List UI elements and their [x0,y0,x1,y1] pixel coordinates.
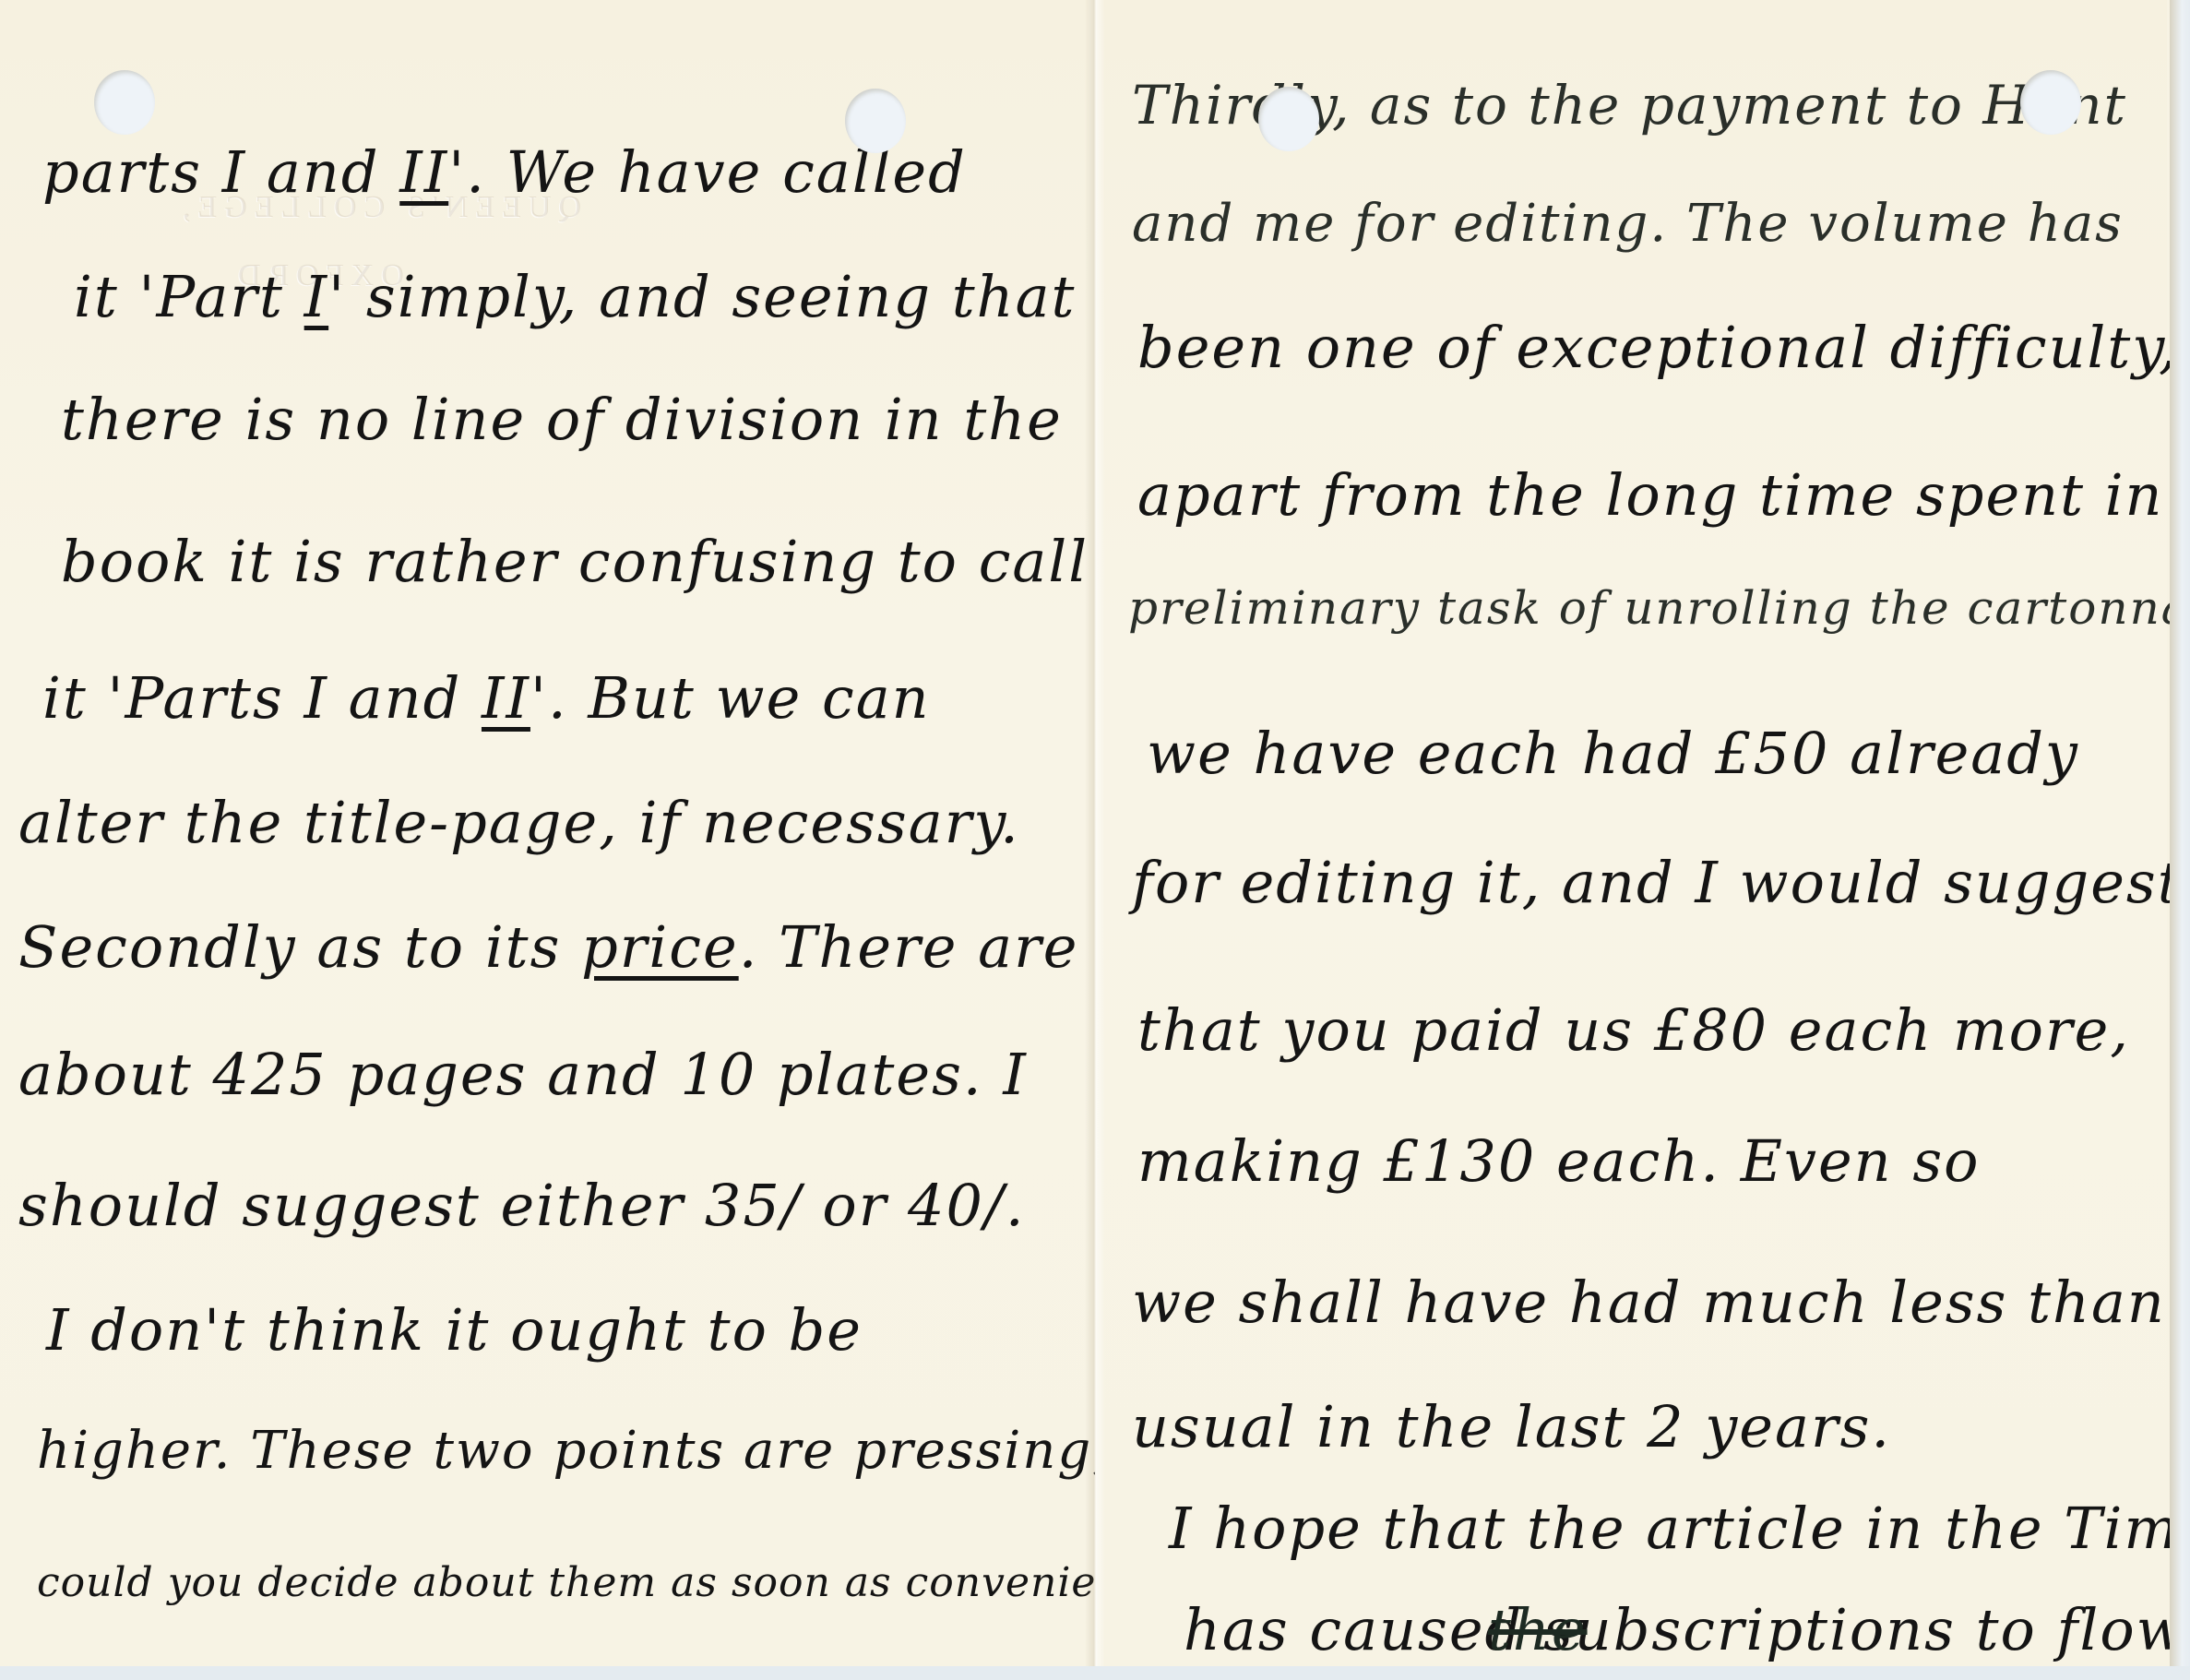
underlined-text: I [304,263,329,330]
underlined-text: II [399,138,448,206]
text-segment: . There are [739,913,1079,981]
left-page: QUEEN'S COLLEGE, OXFORD parts I and II'.… [0,0,1089,1666]
text-segment: apart from the long time spent in the [1137,461,2190,529]
handwritten-line: could you decide about them as soon as c… [37,1559,1163,1606]
text-segment: alter the title-page, if necessary. [18,789,1020,856]
handwritten-line: should suggest either 35/ or 40/. [18,1172,1026,1239]
struck-out-word: the [1488,1596,1588,1663]
scanned-letter: QUEEN'S COLLEGE, OXFORD parts I and II'.… [0,0,2190,1680]
text-segment: I hope that the article in the Times [1169,1495,2190,1562]
handwritten-line: parts I and II'. We have called [42,138,967,206]
scan-border-bottom [0,1666,2190,1680]
text-segment: parts I and [42,138,399,206]
handwritten-line: alter the title-page, if necessary. [18,789,1020,856]
text-segment: I don't think it ought to be [46,1296,863,1364]
handwritten-line: making £130 each. Even so [1137,1127,1980,1195]
text-segment: usual in the last 2 years. [1132,1393,1891,1460]
handwritten-line: I don't think it ought to be [46,1296,863,1364]
text-segment: that you paid us £80 each more, [1137,996,2130,1064]
handwritten-line: been one of exceptional difficulty, [1137,314,2179,381]
handwritten-line: higher. These two points are pressing, s… [37,1421,1190,1481]
handwritten-line: has caused subscriptions to flow the [1184,1596,2187,1663]
scan-border-right [2170,0,2190,1680]
handwritten-line: it 'Parts I and II'. But we can [42,664,931,732]
text-segment: book it is rather confusing to call [61,528,1089,595]
punch-hole [845,89,906,153]
text-segment: preliminary task of unrolling the carton… [1128,581,2190,635]
handwritten-line: that you paid us £80 each more, [1137,996,2130,1064]
text-segment: for editing it, and I would suggest [1132,849,2183,916]
text-segment: we shall have had much less than [1132,1269,2166,1336]
punch-hole [1258,87,1319,151]
handwritten-line: we shall have had much less than [1132,1269,2166,1336]
text-segment: about 425 pages and 10 plates. I [18,1041,1028,1108]
handwritten-line: preliminary task of unrolling the carton… [1128,581,2190,635]
handwritten-line: it 'Part I' simply, and seeing that [74,263,1076,330]
page-fold [1085,0,1105,1666]
handwritten-line: book it is rather confusing to call [61,528,1089,595]
handwritten-line: I hope that the article in the Times [1169,1495,2190,1562]
text-segment: making £130 each. Even so [1137,1127,1980,1195]
text-segment: '. But we can [530,664,931,732]
handwritten-line: for editing it, and I would suggest [1132,849,2183,916]
handwritten-line: and me for editing. The volume has [1132,194,2124,254]
text-segment: should suggest either 35/ or 40/. [18,1172,1026,1239]
handwritten-line: we have each had £50 already [1147,720,2079,787]
text-segment: could you decide about them as soon as c… [37,1559,1163,1606]
text-segment: ' simply, and seeing that [328,263,1076,330]
text-segment: higher. These two points are pressing, s… [37,1421,1190,1481]
handwritten-line: about 425 pages and 10 plates. I [18,1041,1028,1108]
text-segment: there is no line of division in the [61,386,1063,453]
text-segment: we have each had £50 already [1147,720,2079,787]
text-segment: and me for editing. The volume has [1132,194,2124,254]
handwritten-line: usual in the last 2 years. [1132,1393,1891,1460]
text-segment: been one of exceptional difficulty, [1137,314,2179,381]
underlined-text: II [482,664,530,732]
punch-hole [94,70,155,135]
right-page: Thirdly, as to the payment to Hunt and m… [1095,0,2167,1666]
handwritten-line: there is no line of division in the [61,386,1063,453]
text-segment: has caused subscriptions to flow [1184,1596,2187,1663]
handwritten-line: Secondly as to its price. There are [18,913,1078,981]
text-segment: it 'Parts I and [42,664,482,732]
underlined-text: price [581,913,739,981]
handwritten-line: apart from the long time spent in the [1137,461,2190,529]
punch-hole [2020,70,2081,135]
text-segment: it 'Part [74,263,304,330]
text-segment: Secondly as to its [18,913,581,981]
